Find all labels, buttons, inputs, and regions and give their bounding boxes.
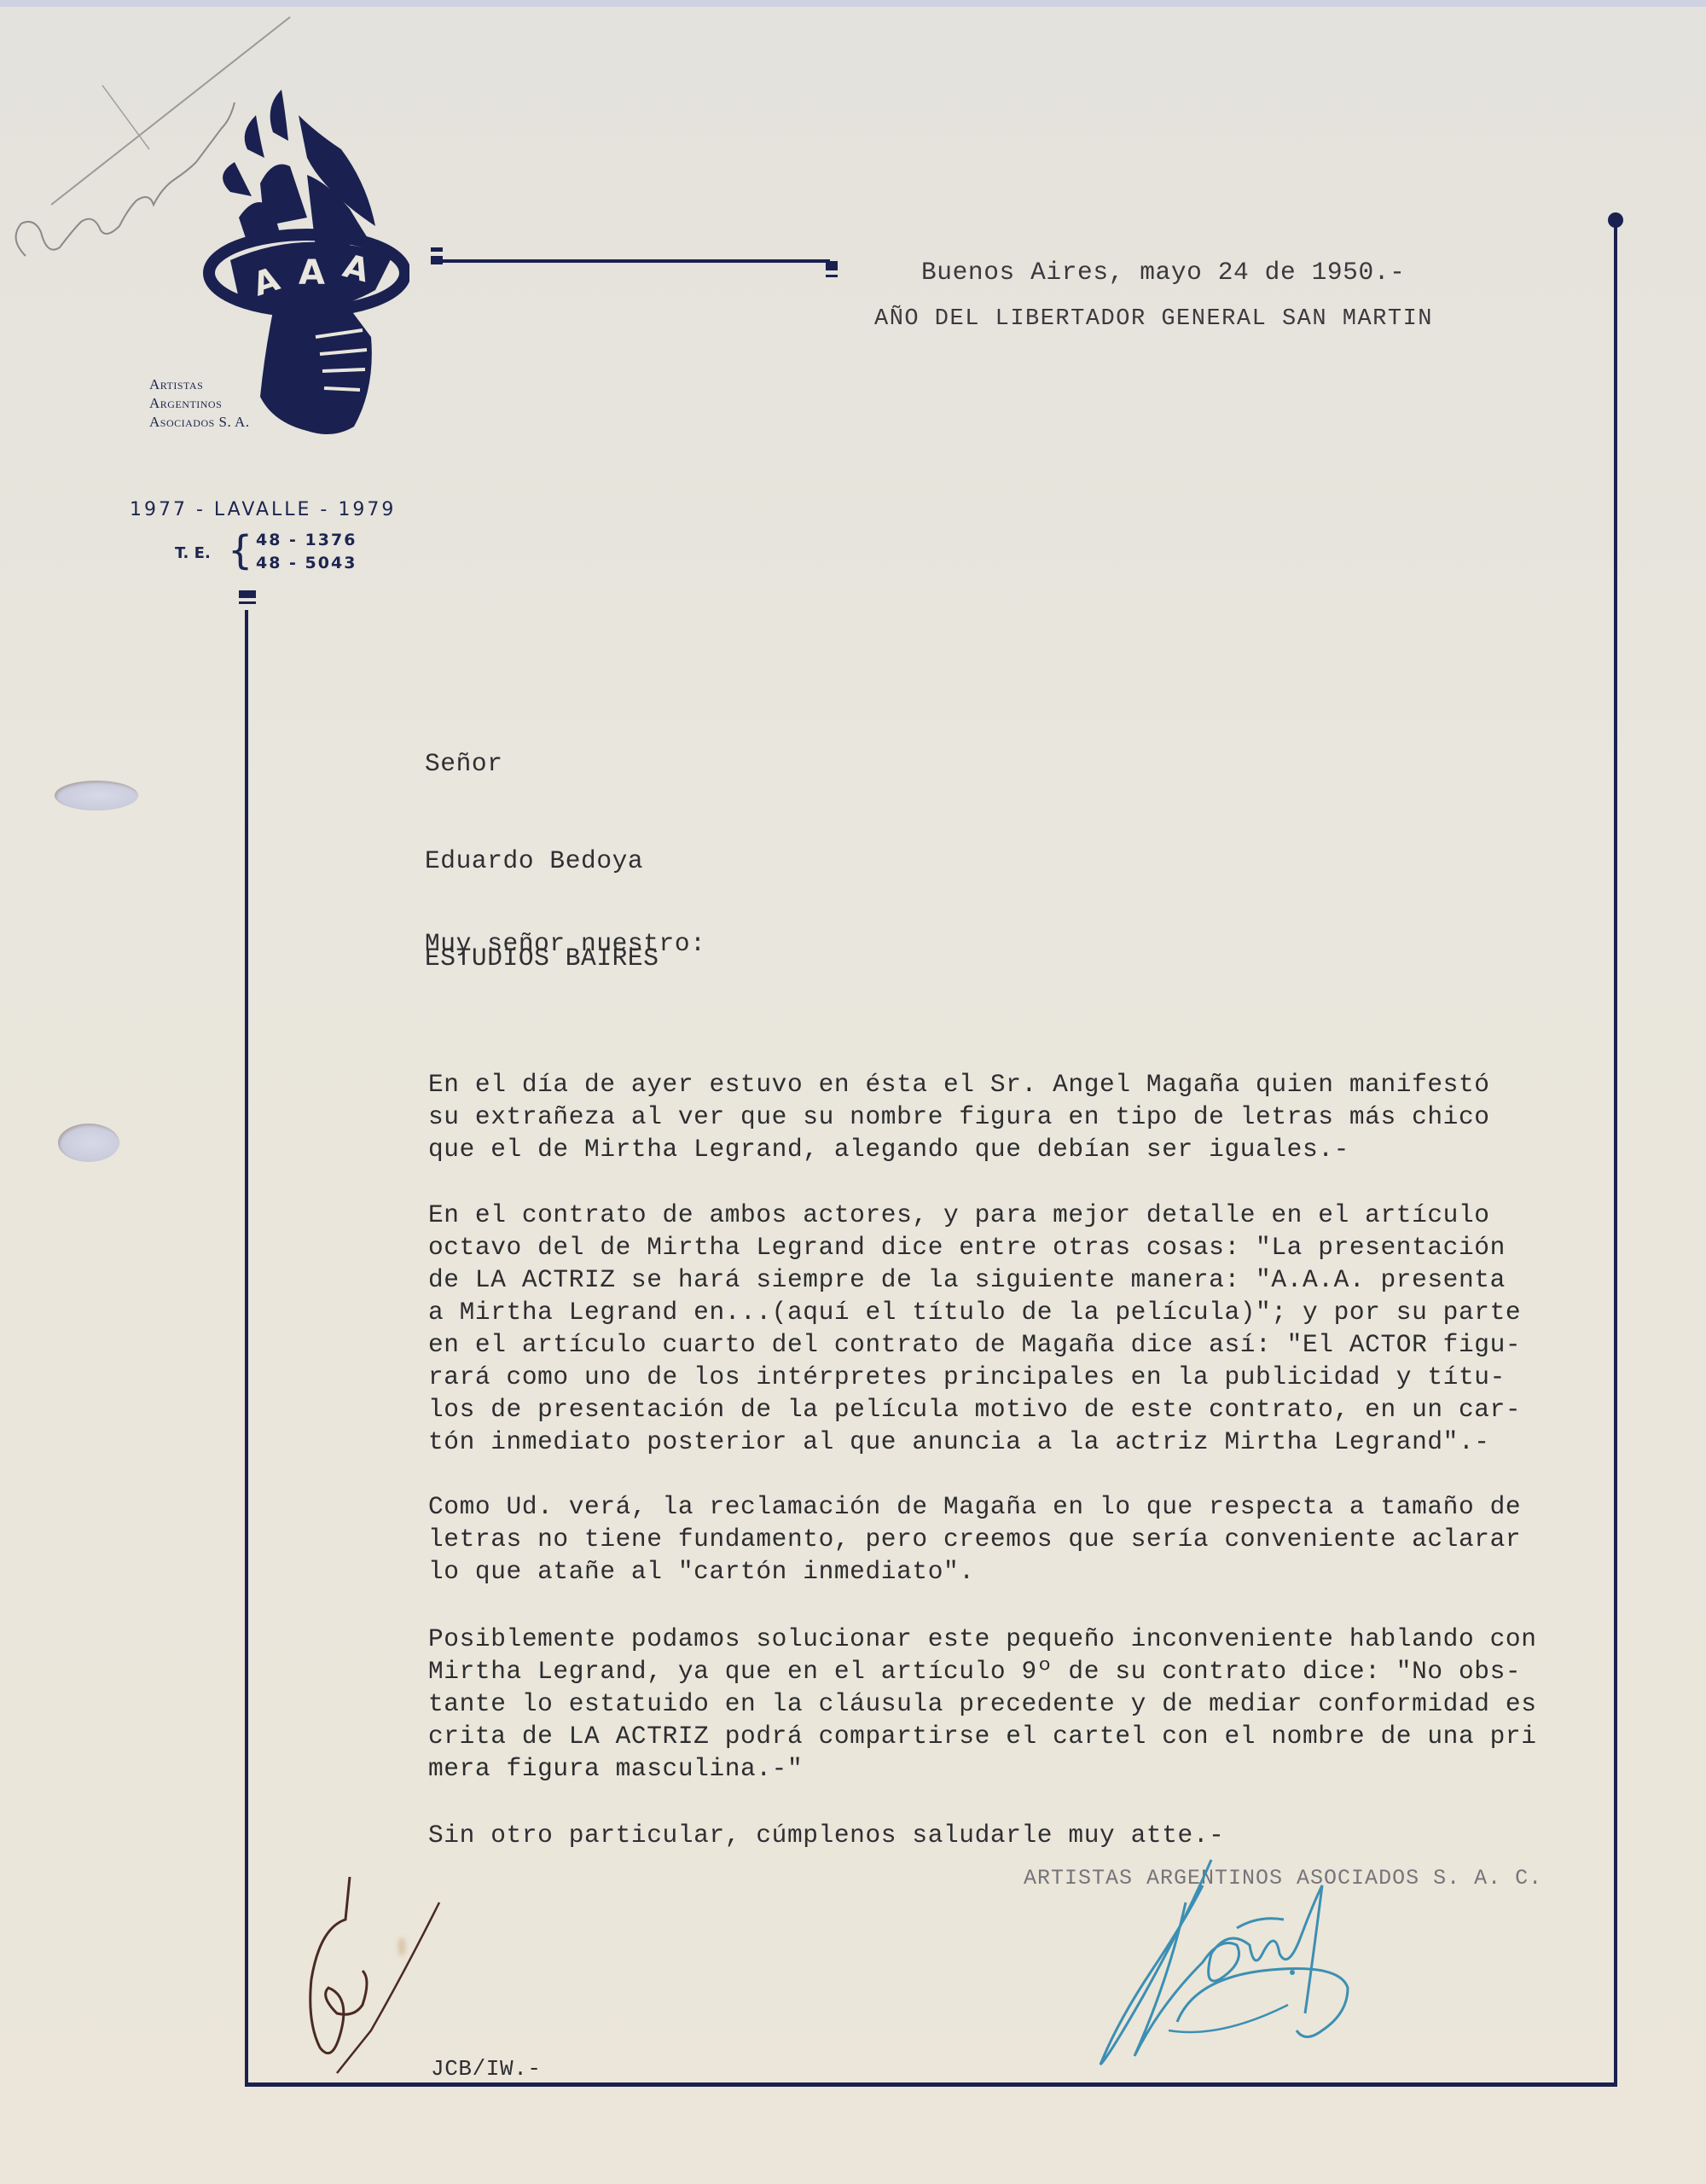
frame-marker (239, 590, 256, 598)
recipient-line: Señor (425, 747, 659, 780)
frame-rule-top (442, 259, 830, 263)
body-line: los de presentación de la película motiv… (428, 1393, 1521, 1426)
body-paragraph: Posiblemente podamos solucionar este peq… (428, 1623, 1537, 1785)
body-line: tante lo estatuido en la cláusula preced… (428, 1687, 1537, 1720)
body-paragraph: Como Ud. verá, la reclamación de Magaña … (428, 1490, 1521, 1588)
body-line: Como Ud. verá, la reclamación de Magaña … (428, 1490, 1521, 1523)
body-paragraph: En el contrato de ambos actores, y para … (428, 1199, 1521, 1458)
body-line: octavo del de Mirtha Legrand dice entre … (428, 1231, 1521, 1263)
punch-hole (58, 1124, 119, 1162)
body-line: lo que atañe al "cartón inmediato". (428, 1555, 1521, 1588)
recipient-line: Eduardo Bedoya (425, 845, 659, 877)
body-line: En el día de ayer estuvo en ésta el Sr. … (428, 1068, 1490, 1101)
company-address: 1977 - LAVALLE - 1979 (130, 499, 396, 520)
frame-marker (431, 256, 443, 264)
body-line: crita de LA ACTRIZ podrá compartirse el … (428, 1720, 1537, 1752)
body-line: Mirtha Legrand, ya que en el artículo 9º… (428, 1655, 1537, 1687)
body-paragraph: En el día de ayer estuvo en ésta el Sr. … (428, 1068, 1490, 1165)
frame-marker (239, 601, 256, 604)
body-line: tón inmediato posterior al que anuncia a… (428, 1426, 1521, 1458)
phone-number: 48 - 1376 (256, 529, 357, 552)
body-line: mera figura masculina.-" (428, 1752, 1537, 1785)
company-name-line: Artistas (149, 375, 250, 394)
svg-text:A: A (299, 253, 325, 293)
body-line: En el contrato de ambos actores, y para … (428, 1199, 1521, 1231)
body-line: letras no tiene fundamento, pero creemos… (428, 1523, 1521, 1555)
body-line: rará como uno de los intérpretes princip… (428, 1361, 1521, 1393)
frame-rule-left (245, 610, 248, 2086)
reference-initials: JCB/IW.- (431, 2053, 542, 2085)
initial-signature-icon (303, 1868, 448, 2082)
frame-marker (826, 261, 838, 270)
body-line: Posiblemente podamos solucionar este peq… (428, 1623, 1537, 1655)
punch-hole (55, 781, 138, 810)
closing-line: Sin otro particular, cúmplenos saludarle… (428, 1819, 1224, 1851)
body-line: en el artículo cuarto del contrato de Ma… (428, 1328, 1521, 1361)
body-line: su extrañeza al ver que su nombre figura… (428, 1101, 1490, 1133)
body-line: que el de Mirtha Legrand, alegando que d… (428, 1133, 1490, 1165)
frame-marker (826, 275, 838, 277)
frame-marker (431, 247, 443, 252)
year-motto: AÑO DEL LIBERTADOR GENERAL SAN MARTIN (874, 303, 1433, 335)
phone-label: T. E. (175, 544, 211, 562)
director-signature-icon (1092, 1851, 1535, 2082)
frame-rule-right (1614, 226, 1617, 2086)
phone-number: 48 - 5043 (256, 552, 357, 575)
company-name: Artistas Argentinos Asociados S. A. (149, 375, 250, 432)
body-line: de LA ACTRIZ se hará siempre de la sigui… (428, 1263, 1521, 1296)
company-name-line: Argentinos (149, 394, 250, 413)
brace-icon: { (228, 531, 252, 570)
salutation: Muy señor nuestro: (425, 927, 705, 960)
company-name-line: Asociados S. A. (149, 413, 250, 432)
body-line: a Mirtha Legrand en...(aquí el título de… (428, 1296, 1521, 1328)
letter-date: Buenos Aires, mayo 24 de 1950.- (921, 256, 1405, 288)
